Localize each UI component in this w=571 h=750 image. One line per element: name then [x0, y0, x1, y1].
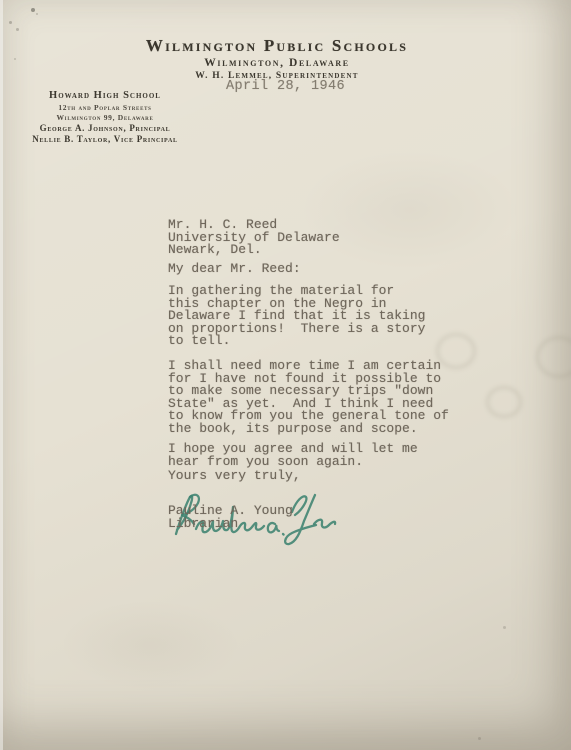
school-principal: George A. Johnson, Principal [24, 123, 186, 133]
pencil-speck [36, 13, 38, 15]
bleedthrough-mark [486, 386, 522, 418]
letterhead: Wilmington Public Schools Wilmington, De… [0, 36, 554, 81]
letterhead-city: Wilmington, Delaware [0, 57, 554, 69]
body-paragraph: I shall need more time I am certain for … [168, 360, 449, 435]
pencil-speck [31, 8, 35, 12]
dust-speck [478, 737, 481, 740]
school-letterhead-block: Howard High School 12th and Poplar Stree… [24, 90, 186, 144]
scan-edge-highlight [0, 0, 3, 750]
paper-blotch [60, 600, 240, 690]
dust-speck [503, 626, 506, 629]
typed-signature-title: Librarian [168, 518, 238, 531]
body-paragraph: In gathering the material for this chapt… [168, 285, 425, 348]
salutation: My dear Mr. Reed: [168, 263, 301, 276]
school-name: Howard High School [24, 90, 186, 101]
letter-date: April 28, 1946 [226, 81, 345, 94]
recipient-address: Mr. H. C. Reed University of Delaware Ne… [168, 219, 340, 257]
pencil-speck [9, 21, 12, 24]
scanned-letter-page: Wilmington Public Schools Wilmington, De… [0, 0, 571, 750]
body-paragraph: I hope you agree and will let me hear fr… [168, 443, 418, 468]
pencil-speck [16, 28, 19, 31]
bleedthrough-mark [536, 336, 571, 378]
school-address-line1: 12th and Poplar Streets [24, 103, 186, 112]
school-address-line2: Wilmington 99, Delaware [24, 113, 186, 122]
letterhead-organization: Wilmington Public Schools [0, 36, 554, 56]
closing-line: Yours very truly, [168, 470, 301, 483]
school-vice-principal: Nellie B. Taylor, Vice Principal [24, 134, 186, 144]
